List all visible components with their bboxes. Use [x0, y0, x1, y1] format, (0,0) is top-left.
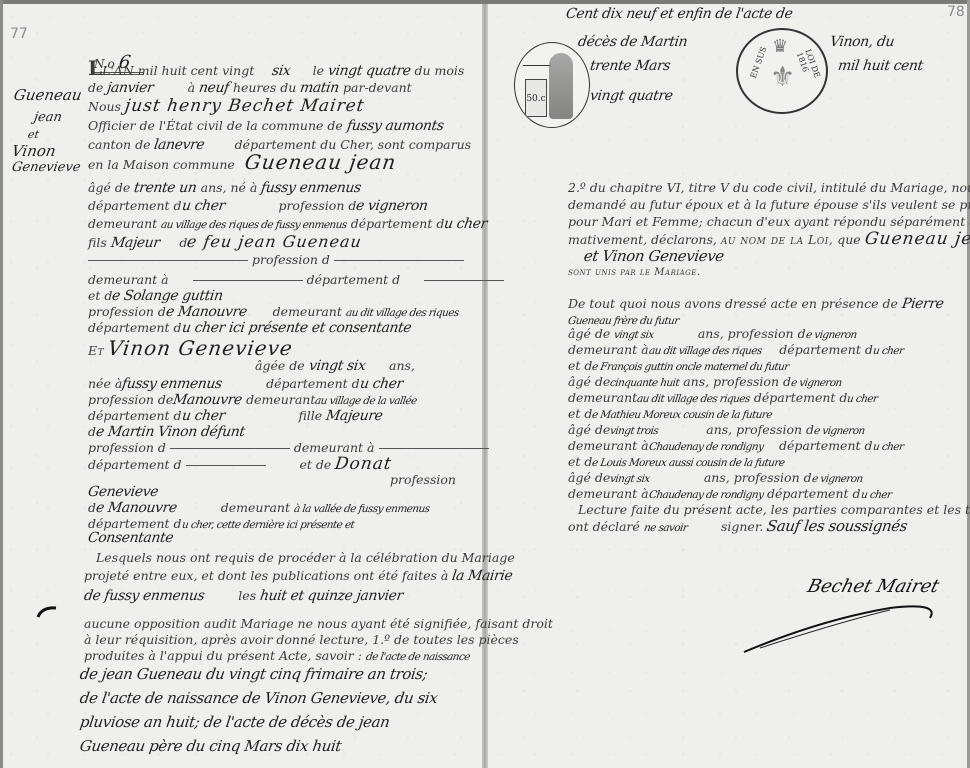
left-line-14: profession de Manouvre demeurant au dit … [88, 304, 459, 321]
left-line-30: projeté entre eux, et dont les publicati… [84, 568, 513, 584]
left-line-22: profession d demeurant à [88, 440, 489, 456]
right-line-9: âgé de vingt six ans, profession de vign… [568, 326, 856, 343]
right-header-4: trente Mars [590, 58, 670, 74]
right-line-15: âgé devingt trois ans, profession de vig… [568, 422, 865, 439]
left-line-23: département d et de Donat [88, 456, 392, 473]
left-line-38: Gueneau père du cinq Mars dix huit [80, 738, 341, 755]
left-line-9: demeurant au village des riques de fussy… [88, 216, 487, 233]
right-line-7: De tout quoi nous avons dressé acte en p… [568, 296, 943, 312]
left-line-24: profession [390, 472, 456, 488]
right-line-5: et Vinon Genevieve [584, 248, 724, 265]
left-line-12: demeurant à département d [88, 272, 504, 288]
left-line-11: profession d [88, 252, 464, 268]
margin-name-1: Gueneau [12, 86, 83, 104]
left-line-36: de l'acte de naissance de Vinon Geneviev… [80, 690, 437, 707]
left-line-8: département du cher profession de vigner… [88, 198, 428, 214]
left-line-13: et de Solange guttin [88, 288, 223, 304]
pencil-folio-left: 77 [10, 26, 28, 42]
right-header-2: décès de Martin [578, 34, 687, 50]
left-line-15: département du cher ici présente et cons… [88, 320, 411, 336]
right-line-20: Lecture faite du présent acte, les parti… [578, 502, 970, 518]
pen-mark-icon [36, 605, 60, 619]
left-line-6: en la Maison commune Gueneau jean [88, 154, 396, 173]
right-line-21: ont déclaré ne savoir signer. Sauf les s… [568, 518, 908, 536]
left-line-33: à leur réquisition, après avoir donné le… [84, 632, 519, 648]
right-line-13: demeurantau dit village des riques dépar… [568, 390, 878, 407]
left-line-17: âgée de vingt six ans, [255, 358, 415, 374]
left-line-10: fils Majeur de feu jean Gueneau [88, 234, 362, 251]
margin-name-3: et [27, 128, 40, 141]
left-line-35: de jean Gueneau du vingt cinq frimaire a… [80, 666, 427, 683]
right-line-18: âgé devingt six ans, profession de vigne… [568, 470, 862, 487]
right-line-4: mativement, déclarons, au nom de la Loi,… [568, 231, 970, 248]
left-line-28: Consentante [88, 530, 173, 546]
right-line-1: 2.º du chapitre VI, titre V du code civi… [568, 180, 970, 196]
margin-name-2: jean [33, 110, 64, 125]
left-line-18: née àfussy enmenus département du cher [88, 376, 403, 392]
left-line-1: LL'AN mil huit cent vingt six le vingt q… [88, 60, 464, 79]
right-line-10: demeurant àau dit village des riques dép… [568, 342, 903, 359]
left-line-20: département du cher fille Majeure [88, 408, 383, 424]
right-header-6: vingt quatre [590, 88, 673, 104]
left-line-37: pluviose an huit; de l'acte de décès de … [80, 714, 389, 731]
page-left-edge [0, 0, 3, 768]
left-line-4: Officier de l'État civil de la commune d… [88, 118, 443, 134]
pencil-folio-right: 78 [947, 4, 965, 20]
right-line-19: demeurant àChaudenay de rondigny départe… [568, 486, 891, 503]
right-line-12: âgé decinquante huit ans, profession de … [568, 374, 842, 391]
left-line-7: âgé de trente un ans, né à fussy enmenus [88, 180, 361, 196]
right-header-5: mil huit cent [838, 58, 923, 74]
justice-fiscal-stamp-icon: 50.c [514, 42, 590, 128]
right-line-17: et de Louis Moreux aussi cousin de la fu… [568, 454, 785, 471]
fleur-de-lis-stamp-icon: ♛ ⚜ EN SUS LOI DE 1816 [736, 28, 828, 114]
right-line-14: et de Mathieu Moreux cousin de la future [568, 406, 772, 423]
left-line-21: de Martin Vinon défunt [88, 424, 245, 440]
signature-flourish-icon [740, 600, 940, 660]
left-line-16: Et Vinon Genevieve [88, 340, 293, 359]
mayor-signature: Bechet Mairet [805, 576, 941, 597]
left-line-31: de fussy enmenus les huit et quinze janv… [84, 588, 403, 604]
right-line-16: demeurant àChaudenay de rondigny départe… [568, 438, 903, 455]
left-line-19: profession deManouvre demeurantau villag… [88, 392, 417, 409]
register-spread: 77 N.o 6 Gueneau jean et Vinon Genevieve… [0, 0, 970, 768]
right-header-1: Cent dix neuf et enfin de l'acte de [566, 6, 792, 22]
right-line-6: sont unis par le Mariage. [568, 265, 701, 281]
page-top-edge [0, 0, 970, 4]
left-line-34: produites à l'appui du présent Acte, sav… [84, 648, 470, 665]
margin-name-4: Vinon [10, 142, 57, 160]
left-line-25: Genevieve [88, 484, 158, 500]
right-line-2: demandé au futur époux et à la future ép… [568, 197, 970, 213]
book-gutter [482, 0, 488, 768]
left-line-32: aucune opposition audit Mariage ne nous … [84, 616, 553, 632]
right-line-11: et de François guttin oncle maternel du … [568, 358, 789, 375]
left-line-3: Nous just henry Bechet Mairet [88, 98, 365, 115]
left-line-29: Lesquels nous ont requis de procéder à l… [96, 550, 515, 566]
left-line-2: de janvier à neuf heures du matin par-de… [88, 80, 412, 96]
right-header-3: Vinon, du [830, 34, 894, 50]
right-line-3: pour Mari et Femme; chacun d'eux ayant r… [568, 214, 970, 230]
margin-name-5: Genevieve [11, 160, 82, 175]
left-line-26: de Manouvre demeurant à la vallée de fus… [88, 500, 429, 517]
